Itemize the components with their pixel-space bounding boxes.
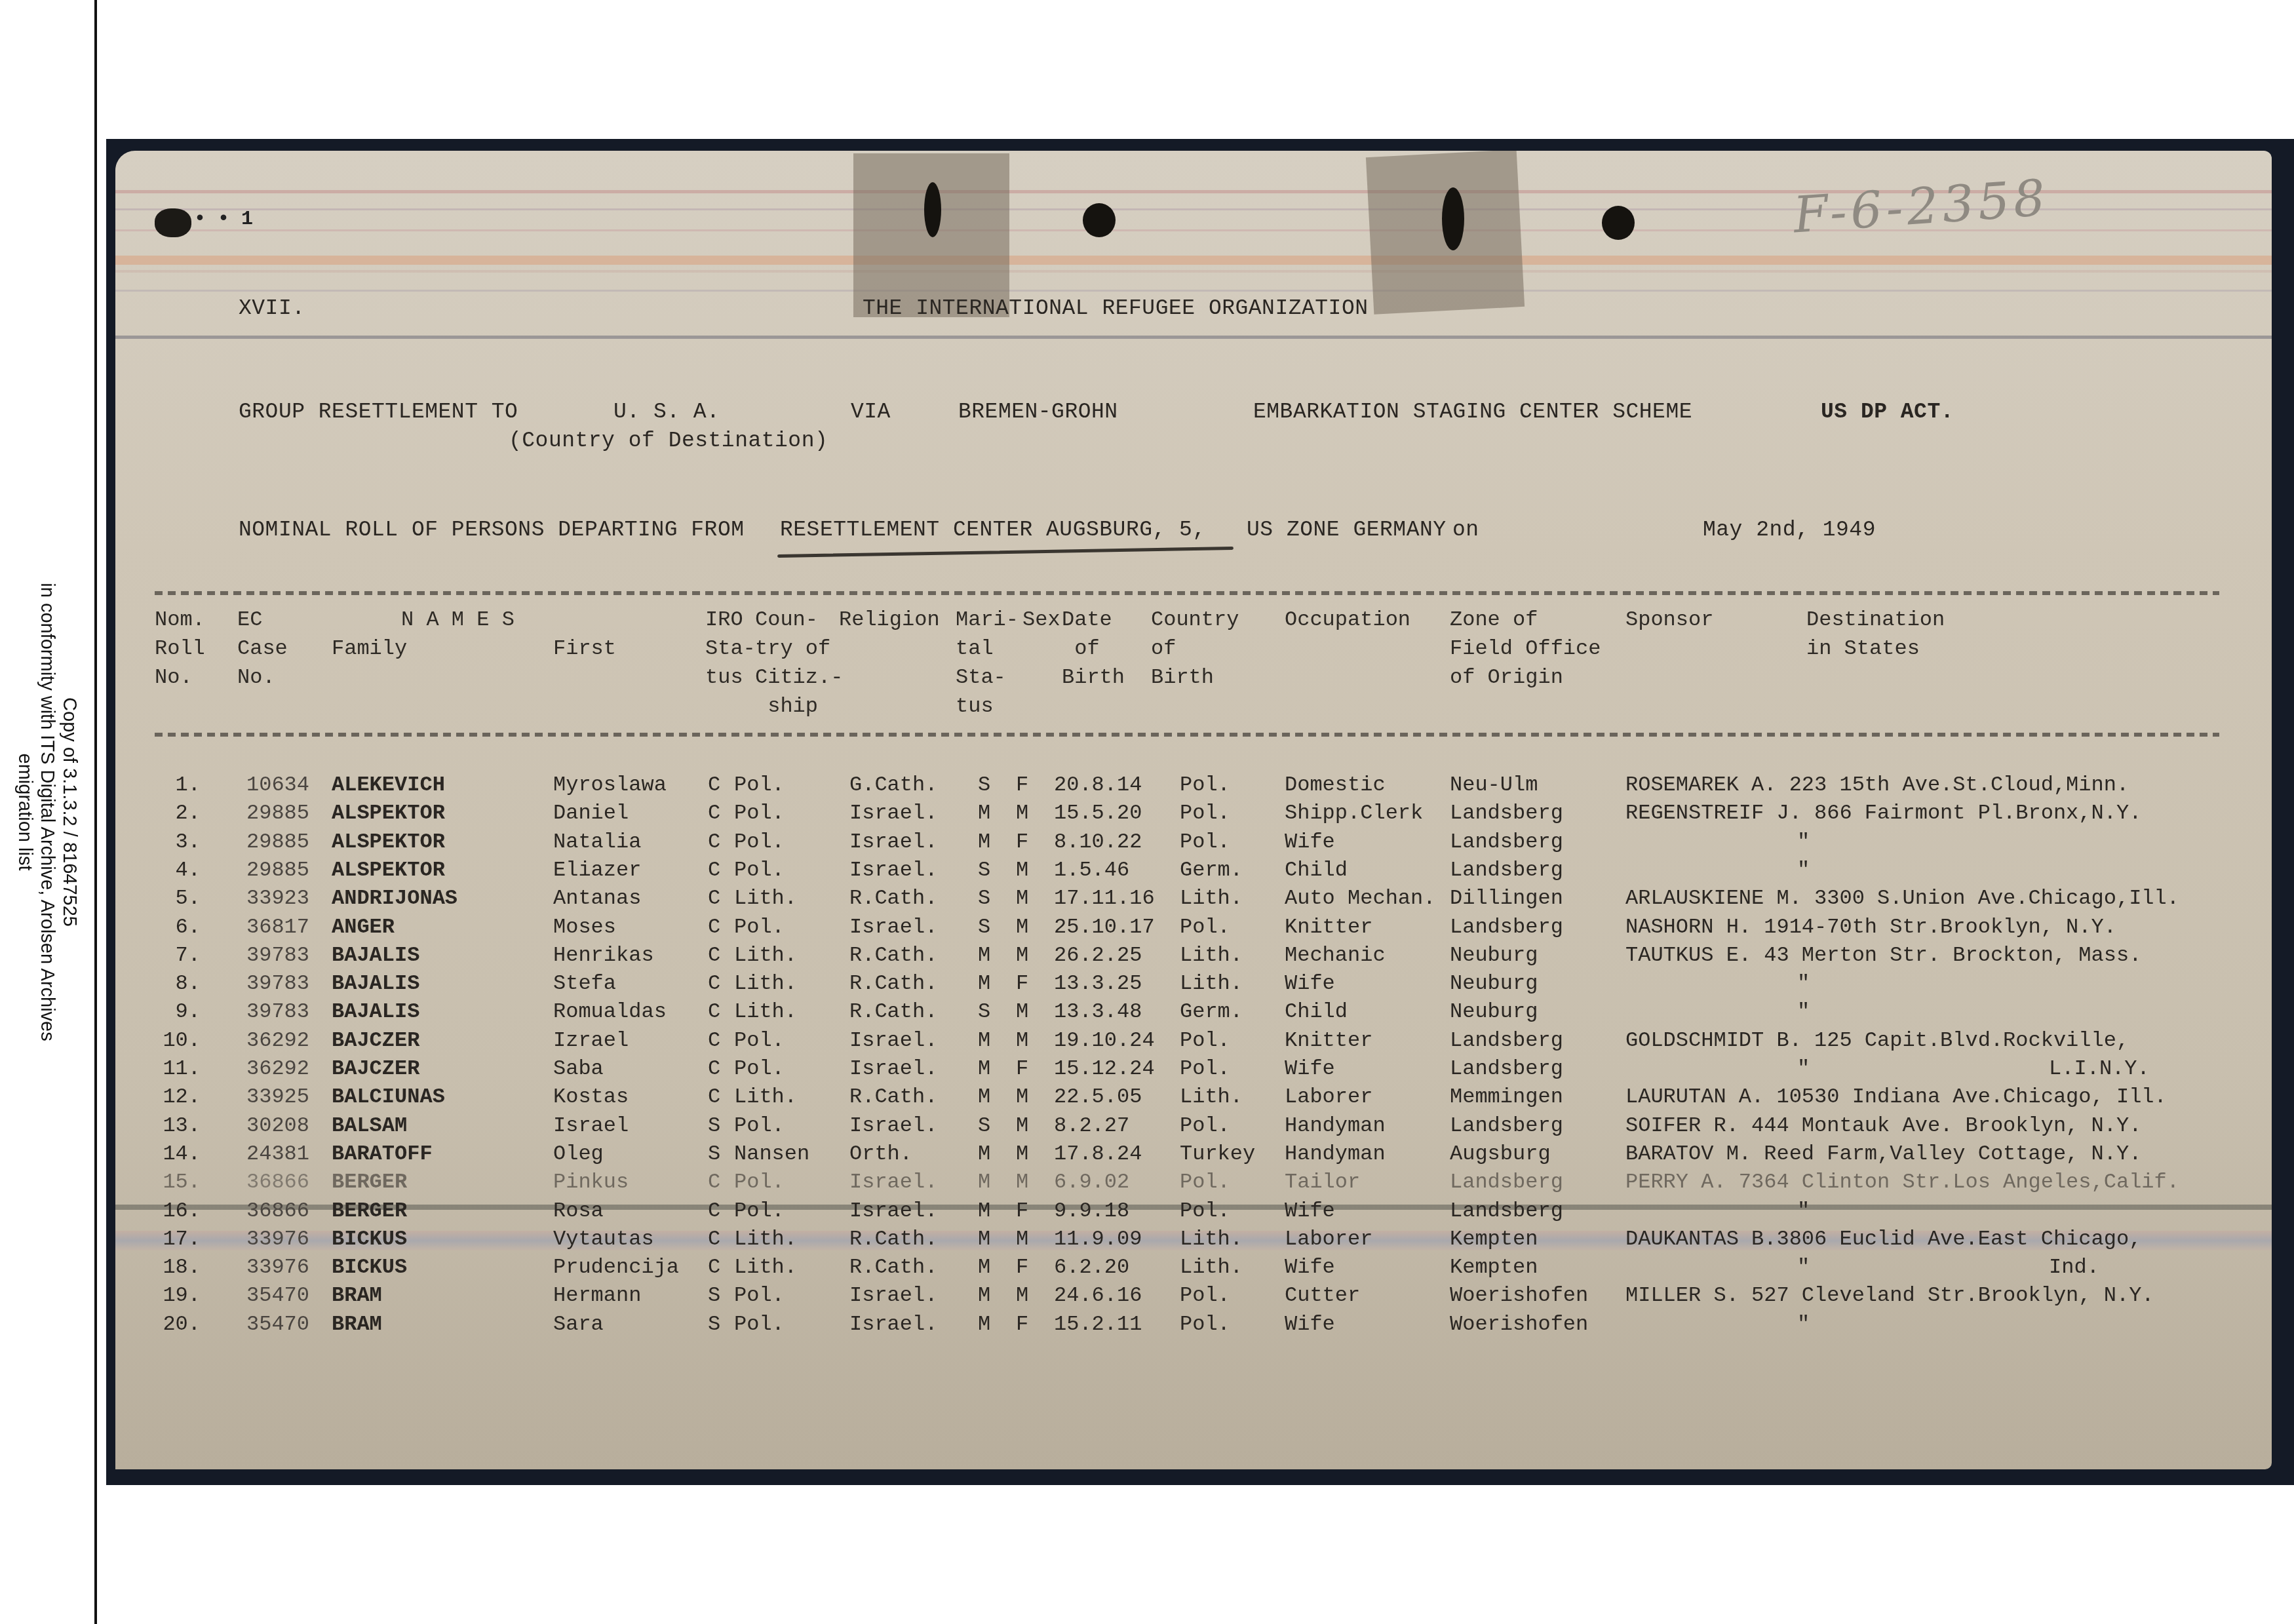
iro-status: C xyxy=(708,997,720,1026)
sex: F xyxy=(1016,969,1028,997)
iro-status: C xyxy=(708,1083,720,1111)
sponsor-destination: PERRY A. 7364 Clinton Str.Los Angeles,Ca… xyxy=(1625,1168,2179,1196)
citizenship: Pol. xyxy=(734,913,785,941)
punch-hole xyxy=(1442,187,1464,250)
marital-status: S xyxy=(978,884,990,912)
table-row: 7. 39783 BAJALIS Henrikas C Lith. R.Cath… xyxy=(115,941,2272,969)
table-row: 13. 30208 BALSAM Israel S Pol. Israel. S… xyxy=(115,1112,2272,1140)
religion: Israel. xyxy=(849,1054,937,1083)
scheme-label: EMBARKATION STAGING CENTER SCHEME xyxy=(1253,400,1692,424)
occupation: Tailor xyxy=(1285,1168,1360,1196)
date-of-birth: 8.2.27 xyxy=(1054,1112,1129,1140)
iro-status: C xyxy=(708,1168,720,1196)
first-name: Moses xyxy=(553,913,616,941)
first-name: Izrael xyxy=(553,1026,629,1054)
scan-frame: • • 1 F-6-2358 XVII. THE INTERNATIONAL R… xyxy=(106,139,2294,1485)
roll-number: 16. xyxy=(148,1197,201,1225)
family-name: ANGER xyxy=(332,913,395,941)
religion: R.Cath. xyxy=(849,884,937,912)
header-religion: Religion xyxy=(839,606,940,634)
family-name: BICKUS xyxy=(332,1253,407,1281)
table-row: 9. 39783 BAJALIS Romualdas C Lith. R.Cat… xyxy=(115,997,2272,1026)
sponsor-destination: " xyxy=(1797,1310,1810,1338)
sponsor-destination: GOLDSCHMIDT B. 125 Capit.Blvd.Rockville, xyxy=(1625,1026,2129,1054)
sex: M xyxy=(1016,1083,1028,1111)
header-rule xyxy=(115,336,2272,339)
religion: R.Cath. xyxy=(849,1225,937,1253)
country-of-birth: Lith. xyxy=(1180,1083,1243,1111)
family-name: BALSAM xyxy=(332,1112,407,1140)
occupation: Domestic xyxy=(1285,771,1386,799)
sponsor-destination: " xyxy=(1797,969,1810,997)
first-name: Romualdas xyxy=(553,997,667,1026)
zone-of-origin: Kempten xyxy=(1450,1253,1538,1281)
first-name: Prudencija xyxy=(553,1253,679,1281)
header-citizenship: Coun- try of Citiz.- ship xyxy=(755,606,843,721)
citizenship: Lith. xyxy=(734,1225,797,1253)
marital-status: M xyxy=(978,1225,990,1253)
sex: F xyxy=(1016,1054,1028,1083)
zone-of-origin: Landsberg xyxy=(1450,799,1563,827)
religion: R.Cath. xyxy=(849,1253,937,1281)
religion: R.Cath. xyxy=(849,969,937,997)
sex: F xyxy=(1016,828,1028,856)
dashed-rule-top xyxy=(155,591,2219,595)
ec-case-number: 33925 xyxy=(246,1083,309,1111)
zone-of-origin: Kempten xyxy=(1450,1225,1538,1253)
sponsor-destination: REGENSTREIF J. 866 Fairmont Pl.Bronx,N.Y… xyxy=(1625,799,2141,827)
table-row: 19. 35470 BRAM Hermann S Pol. Israel. M … xyxy=(115,1281,2272,1309)
table-row: 2. 29885 ALSPEKTOR Daniel C Pol. Israel.… xyxy=(115,799,2272,827)
occupation: Wife xyxy=(1285,969,1335,997)
roll-number: 12. xyxy=(148,1083,201,1111)
header-cob: Country of Birth xyxy=(1151,606,1239,692)
country-of-birth: Pol. xyxy=(1180,1054,1230,1083)
occupation: Handyman xyxy=(1285,1140,1386,1168)
roll-number: 7. xyxy=(148,941,201,969)
header-occupation: Occupation xyxy=(1285,606,1410,634)
date-of-birth: 20.8.14 xyxy=(1054,771,1142,799)
marital-status: M xyxy=(978,1253,990,1281)
sex: F xyxy=(1016,1253,1028,1281)
destination-caption: (Country of Destination) xyxy=(509,429,828,453)
date-of-birth: 24.6.16 xyxy=(1054,1281,1142,1309)
country-of-birth: Pol. xyxy=(1180,1310,1230,1338)
iro-status: C xyxy=(708,884,720,912)
header-ec-case: EC Case No. xyxy=(237,606,288,692)
stamp-line-3: emigration list xyxy=(14,583,36,1041)
first-name: Daniel xyxy=(553,799,629,827)
sponsor-destination: " xyxy=(1797,828,1810,856)
iro-status: S xyxy=(708,1281,720,1309)
iro-status: C xyxy=(708,1026,720,1054)
first-name: Rosa xyxy=(553,1197,604,1225)
document-card: • • 1 F-6-2358 XVII. THE INTERNATIONAL R… xyxy=(115,151,2272,1469)
family-name: BAJALIS xyxy=(332,969,419,997)
sex: F xyxy=(1016,1197,1028,1225)
zone-of-origin: Landsberg xyxy=(1450,1197,1563,1225)
date-of-birth: 17.11.16 xyxy=(1054,884,1155,912)
country-of-birth: Pol. xyxy=(1180,799,1230,827)
header-sponsor: Sponsor xyxy=(1625,606,1713,634)
iro-status: C xyxy=(708,1253,720,1281)
roll-number: 20. xyxy=(148,1310,201,1338)
first-name: Sara xyxy=(553,1310,604,1338)
roll-number: 19. xyxy=(148,1281,201,1309)
roll-number: 9. xyxy=(148,997,201,1026)
sex: M xyxy=(1016,1281,1028,1309)
citizenship: Lith. xyxy=(734,1253,797,1281)
sponsor-destination: " L.I.N.Y. xyxy=(1797,1054,2150,1083)
table-row: 11. 36292 BAJCZER Saba C Pol. Israel. M … xyxy=(115,1054,2272,1083)
zone-of-origin: Neuburg xyxy=(1450,997,1538,1026)
header-first: First xyxy=(553,634,616,663)
date-of-birth: 9.9.18 xyxy=(1054,1197,1129,1225)
ec-case-number: 36866 xyxy=(246,1168,309,1196)
family-name: BAJALIS xyxy=(332,997,419,1026)
country-of-birth: Pol. xyxy=(1180,771,1230,799)
handwritten-number: F-6-2358 xyxy=(1791,168,2051,244)
date-of-birth: 8.10.22 xyxy=(1054,828,1142,856)
iro-status: S xyxy=(708,1140,720,1168)
via-label: VIA xyxy=(851,400,891,424)
header-iro-status: IRO Sta- tus xyxy=(705,606,756,692)
religion: R.Cath. xyxy=(849,997,937,1026)
punch-hole xyxy=(1083,203,1116,237)
header-family: Family xyxy=(332,634,407,663)
citizenship: Pol. xyxy=(734,1168,785,1196)
zone-of-origin: Dillingen xyxy=(1450,884,1563,912)
sponsor-destination: " xyxy=(1797,856,1810,884)
ec-case-number: 36866 xyxy=(246,1197,309,1225)
ink-dots: • • 1 xyxy=(194,208,253,231)
family-name: ALSPEKTOR xyxy=(332,828,445,856)
zone-of-origin: Landsberg xyxy=(1450,913,1563,941)
sex: M xyxy=(1016,1225,1028,1253)
date-of-birth: 13.3.25 xyxy=(1054,969,1142,997)
country-of-birth: Germ. xyxy=(1180,997,1243,1026)
country-of-birth: Turkey xyxy=(1180,1140,1255,1168)
date-of-birth: 22.5.05 xyxy=(1054,1083,1142,1111)
ec-case-number: 39783 xyxy=(246,941,309,969)
center-underline xyxy=(777,547,1234,558)
country-of-birth: Pol. xyxy=(1180,1112,1230,1140)
marital-status: M xyxy=(978,1026,990,1054)
religion: Israel. xyxy=(849,799,937,827)
roll-number: 2. xyxy=(148,799,201,827)
sponsor-destination: SOIFER R. 444 Montauk Ave. Brooklyn, N.Y… xyxy=(1625,1112,2141,1140)
date-of-birth: 6.2.20 xyxy=(1054,1253,1129,1281)
country-of-birth: Lith. xyxy=(1180,884,1243,912)
family-name: BRAM xyxy=(332,1281,382,1309)
table-row: 10. 36292 BAJCZER Izrael C Pol. Israel. … xyxy=(115,1026,2272,1054)
citizenship: Lith. xyxy=(734,884,797,912)
religion: Orth. xyxy=(849,1140,912,1168)
sponsor-destination: MILLER S. 527 Cleveland Str.Brooklyn, N.… xyxy=(1625,1281,2154,1309)
header-names: N A M E S xyxy=(401,606,515,634)
country-of-birth: Pol. xyxy=(1180,1168,1230,1196)
date-of-birth: 17.8.24 xyxy=(1054,1140,1142,1168)
occupation: Child xyxy=(1285,997,1348,1026)
header-destination: Destination in States xyxy=(1806,606,1945,663)
ec-case-number: 39783 xyxy=(246,997,309,1026)
table-row: 5. 33923 ANDRIJONAS Antanas C Lith. R.Ca… xyxy=(115,884,2272,912)
iro-status: C xyxy=(708,941,720,969)
family-name: ALSPEKTOR xyxy=(332,799,445,827)
sponsor-destination: TAUTKUS E. 43 Merton Str. Brockton, Mass… xyxy=(1625,941,2141,969)
header-dob: Date of Birth xyxy=(1062,606,1125,692)
occupation: Knitter xyxy=(1285,1026,1372,1054)
ec-case-number: 36817 xyxy=(246,913,309,941)
section-number: XVII. xyxy=(239,296,305,320)
roll-number: 10. xyxy=(148,1026,201,1054)
on-label: on xyxy=(1452,518,1479,542)
table-row: 15. 36866 BERGER Pinkus C Pol. Israel. M… xyxy=(115,1168,2272,1196)
family-name: BERGER xyxy=(332,1168,407,1196)
date-of-birth: 15.5.20 xyxy=(1054,799,1142,827)
religion: Israel. xyxy=(849,828,937,856)
roll-prefix: NOMINAL ROLL OF PERSONS DEPARTING FROM xyxy=(239,518,745,542)
occupation: Wife xyxy=(1285,1054,1335,1083)
date-of-birth: 1.5.46 xyxy=(1054,856,1129,884)
religion: R.Cath. xyxy=(849,1083,937,1111)
ec-case-number: 10634 xyxy=(246,771,309,799)
destination-country: U. S. A. xyxy=(613,400,720,424)
first-name: Vytautas xyxy=(553,1225,654,1253)
occupation: Shipp.Clerk xyxy=(1285,799,1423,827)
zone-of-origin: Neu-Ulm xyxy=(1450,771,1538,799)
ec-case-number: 39783 xyxy=(246,969,309,997)
ec-case-number: 29885 xyxy=(246,856,309,884)
roll-number: 4. xyxy=(148,856,201,884)
citizenship: Lith. xyxy=(734,941,797,969)
country-of-birth: Germ. xyxy=(1180,856,1243,884)
table-row: 6. 36817 ANGER Moses C Pol. Israel. S M … xyxy=(115,913,2272,941)
occupation: Wife xyxy=(1285,1197,1335,1225)
religion: G.Cath. xyxy=(849,771,937,799)
religion: Israel. xyxy=(849,1310,937,1338)
first-name: Pinkus xyxy=(553,1168,629,1196)
citizenship: Pol. xyxy=(734,1310,785,1338)
zone-of-origin: Landsberg xyxy=(1450,856,1563,884)
archive-stamp: Copy of 3.1.3.2 / 81647525 in conformity… xyxy=(14,583,81,1041)
dashed-rule-bottom xyxy=(155,733,2219,737)
marital-status: S xyxy=(978,1112,990,1140)
first-name: Henrikas xyxy=(553,941,654,969)
country-of-birth: Pol. xyxy=(1180,1281,1230,1309)
country-of-birth: Pol. xyxy=(1180,1026,1230,1054)
table-row: 12. 33925 BALCIUNAS Kostas C Lith. R.Cat… xyxy=(115,1083,2272,1111)
citizenship: Pol. xyxy=(734,856,785,884)
sex: M xyxy=(1016,1026,1028,1054)
roll-number: 13. xyxy=(148,1112,201,1140)
table-row: 17. 33976 BICKUS Vytautas C Lith. R.Cath… xyxy=(115,1225,2272,1253)
zone-of-origin: Woerishofen xyxy=(1450,1310,1588,1338)
sponsor-destination: BARATOV M. Reed Farm,Valley Cottage, N.Y… xyxy=(1625,1140,2141,1168)
marital-status: M xyxy=(978,1281,990,1309)
date-of-birth: 11.9.09 xyxy=(1054,1225,1142,1253)
ec-case-number: 36292 xyxy=(246,1026,309,1054)
sex: M xyxy=(1016,1168,1028,1196)
ec-case-number: 33976 xyxy=(246,1225,309,1253)
citizenship: Lith. xyxy=(734,969,797,997)
roll-number: 18. xyxy=(148,1253,201,1281)
religion: Israel. xyxy=(849,1168,937,1196)
marital-status: M xyxy=(978,1310,990,1338)
table-row: 8. 39783 BAJALIS Stefa C Lith. R.Cath. M… xyxy=(115,969,2272,997)
ink-blot xyxy=(155,208,191,237)
zone-of-origin: Landsberg xyxy=(1450,1112,1563,1140)
sponsor-destination: " xyxy=(1797,1197,1810,1225)
citizenship: Lith. xyxy=(734,1083,797,1111)
iro-status: S xyxy=(708,1112,720,1140)
country-of-birth: Pol. xyxy=(1180,913,1230,941)
occupation: Child xyxy=(1285,856,1348,884)
first-name: Natalia xyxy=(553,828,641,856)
table-row: 18. 33976 BICKUS Prudencija C Lith. R.Ca… xyxy=(115,1253,2272,1281)
marital-status: M xyxy=(978,828,990,856)
citizenship: Pol. xyxy=(734,799,785,827)
first-name: Stefa xyxy=(553,969,616,997)
religion: Israel. xyxy=(849,1197,937,1225)
citizenship: Pol. xyxy=(734,1281,785,1309)
sex: M xyxy=(1016,941,1028,969)
country-of-birth: Lith. xyxy=(1180,969,1243,997)
citizenship: Pol. xyxy=(734,828,785,856)
iro-status: C xyxy=(708,969,720,997)
iro-status: C xyxy=(708,913,720,941)
sponsor-destination: LAURUTAN A. 10530 Indiana Ave.Chicago, I… xyxy=(1625,1083,2167,1111)
zone-of-origin: Augsburg xyxy=(1450,1140,1551,1168)
marital-status: M xyxy=(978,799,990,827)
occupation: Wife xyxy=(1285,828,1335,856)
zone-of-origin: Neuburg xyxy=(1450,969,1538,997)
marital-status: M xyxy=(978,1168,990,1196)
sponsor-destination: " Ind. xyxy=(1797,1253,2099,1281)
table-row: 3. 29885 ALSPEKTOR Natalia C Pol. Israel… xyxy=(115,828,2272,856)
occupation: Laborer xyxy=(1285,1225,1372,1253)
date-of-birth: 15.12.24 xyxy=(1054,1054,1155,1083)
zone-of-origin: Neuburg xyxy=(1450,941,1538,969)
sex: M xyxy=(1016,913,1028,941)
sex: M xyxy=(1016,856,1028,884)
religion: Israel. xyxy=(849,856,937,884)
zone-of-origin: Landsberg xyxy=(1450,1168,1563,1196)
marital-status: M xyxy=(978,1197,990,1225)
zone-of-origin: Landsberg xyxy=(1450,828,1563,856)
family-name: BERGER xyxy=(332,1197,407,1225)
marital-status: M xyxy=(978,941,990,969)
marital-status: S xyxy=(978,913,990,941)
family-name: BAJALIS xyxy=(332,941,419,969)
marital-status: M xyxy=(978,1054,990,1083)
citizenship: Pol. xyxy=(734,1054,785,1083)
country-of-birth: Lith. xyxy=(1180,1253,1243,1281)
iro-status: C xyxy=(708,799,720,827)
religion: Israel. xyxy=(849,1281,937,1309)
family-name: BALCIUNAS xyxy=(332,1083,445,1111)
iro-status: C xyxy=(708,1054,720,1083)
date-of-birth: 25.10.17 xyxy=(1054,913,1155,941)
religion: Israel. xyxy=(849,913,937,941)
occupation: Knitter xyxy=(1285,913,1372,941)
family-name: BRAM xyxy=(332,1310,382,1338)
ec-case-number: 29885 xyxy=(246,799,309,827)
family-name: BAJCZER xyxy=(332,1054,419,1083)
occupation: Laborer xyxy=(1285,1083,1372,1111)
table-row: 1. 10634 ALEKEVICH Myroslawa C Pol. G.Ca… xyxy=(115,771,2272,799)
family-name: BICKUS xyxy=(332,1225,407,1253)
iro-status: C xyxy=(708,1197,720,1225)
group-label: GROUP RESETTLEMENT TO xyxy=(239,400,518,424)
country-of-birth: Lith. xyxy=(1180,941,1243,969)
occupation: Mechanic xyxy=(1285,941,1386,969)
sponsor-destination: ARLAUSKIENE M. 3300 S.Union Ave.Chicago,… xyxy=(1625,884,2179,912)
country-of-birth: Pol. xyxy=(1180,828,1230,856)
citizenship: Pol. xyxy=(734,1026,785,1054)
citizenship: Nansen xyxy=(734,1140,809,1168)
table-row: 14. 24381 BARATOFF Oleg S Nansen Orth. M… xyxy=(115,1140,2272,1168)
marital-status: M xyxy=(978,1140,990,1168)
occupation: Wife xyxy=(1285,1310,1335,1338)
family-name: ALEKEVICH xyxy=(332,771,445,799)
occupation: Handyman xyxy=(1285,1112,1386,1140)
religion: R.Cath. xyxy=(849,941,937,969)
via-port: BREMEN-GROHN xyxy=(958,400,1118,424)
country-of-birth: Lith. xyxy=(1180,1225,1243,1253)
sex: M xyxy=(1016,884,1028,912)
header-marital: Mari- tal Sta- tus xyxy=(956,606,1019,721)
family-name: ANDRIJONAS xyxy=(332,884,457,912)
ec-case-number: 30208 xyxy=(246,1112,309,1140)
organization-title: THE INTERNATIONAL REFUGEE ORGANIZATION xyxy=(863,296,1369,320)
marital-status: M xyxy=(978,969,990,997)
roll-number: 8. xyxy=(148,969,201,997)
table-header: Nom. Roll No. EC Case No. N A M E S Fami… xyxy=(115,596,2272,727)
sex: F xyxy=(1016,771,1028,799)
marital-status: S xyxy=(978,771,990,799)
date-of-birth: 19.10.24 xyxy=(1054,1026,1155,1054)
religion: Israel. xyxy=(849,1026,937,1054)
ec-case-number: 29885 xyxy=(246,828,309,856)
date-of-birth: 13.3.48 xyxy=(1054,997,1142,1026)
zone-label: US ZONE GERMANY xyxy=(1247,518,1447,542)
family-name: ALSPEKTOR xyxy=(332,856,445,884)
zone-of-origin: Woerishofen xyxy=(1450,1281,1588,1309)
zone-of-origin: Landsberg xyxy=(1450,1026,1563,1054)
family-name: BAJCZER xyxy=(332,1026,419,1054)
citizenship: Pol. xyxy=(734,1112,785,1140)
iro-status: C xyxy=(708,771,720,799)
citizenship: Pol. xyxy=(734,771,785,799)
zone-of-origin: Landsberg xyxy=(1450,1054,1563,1083)
occupation: Cutter xyxy=(1285,1281,1360,1309)
header-sex: Sex xyxy=(1022,606,1060,634)
paper-stripe xyxy=(115,270,2272,273)
marital-status: S xyxy=(978,997,990,1026)
iro-status: C xyxy=(708,856,720,884)
sponsor-destination: ROSEMAREK A. 223 15th Ave.St.Cloud,Minn. xyxy=(1625,771,2129,799)
roll-number: 15. xyxy=(148,1168,201,1196)
table-row: 20. 35470 BRAM Sara S Pol. Israel. M F 1… xyxy=(115,1310,2272,1338)
religion: Israel. xyxy=(849,1112,937,1140)
marital-status: S xyxy=(978,856,990,884)
iro-status: C xyxy=(708,828,720,856)
paper-stripe xyxy=(115,290,2272,292)
iro-status: C xyxy=(708,1225,720,1253)
roll-number: 14. xyxy=(148,1140,201,1168)
ec-case-number: 36292 xyxy=(246,1054,309,1083)
